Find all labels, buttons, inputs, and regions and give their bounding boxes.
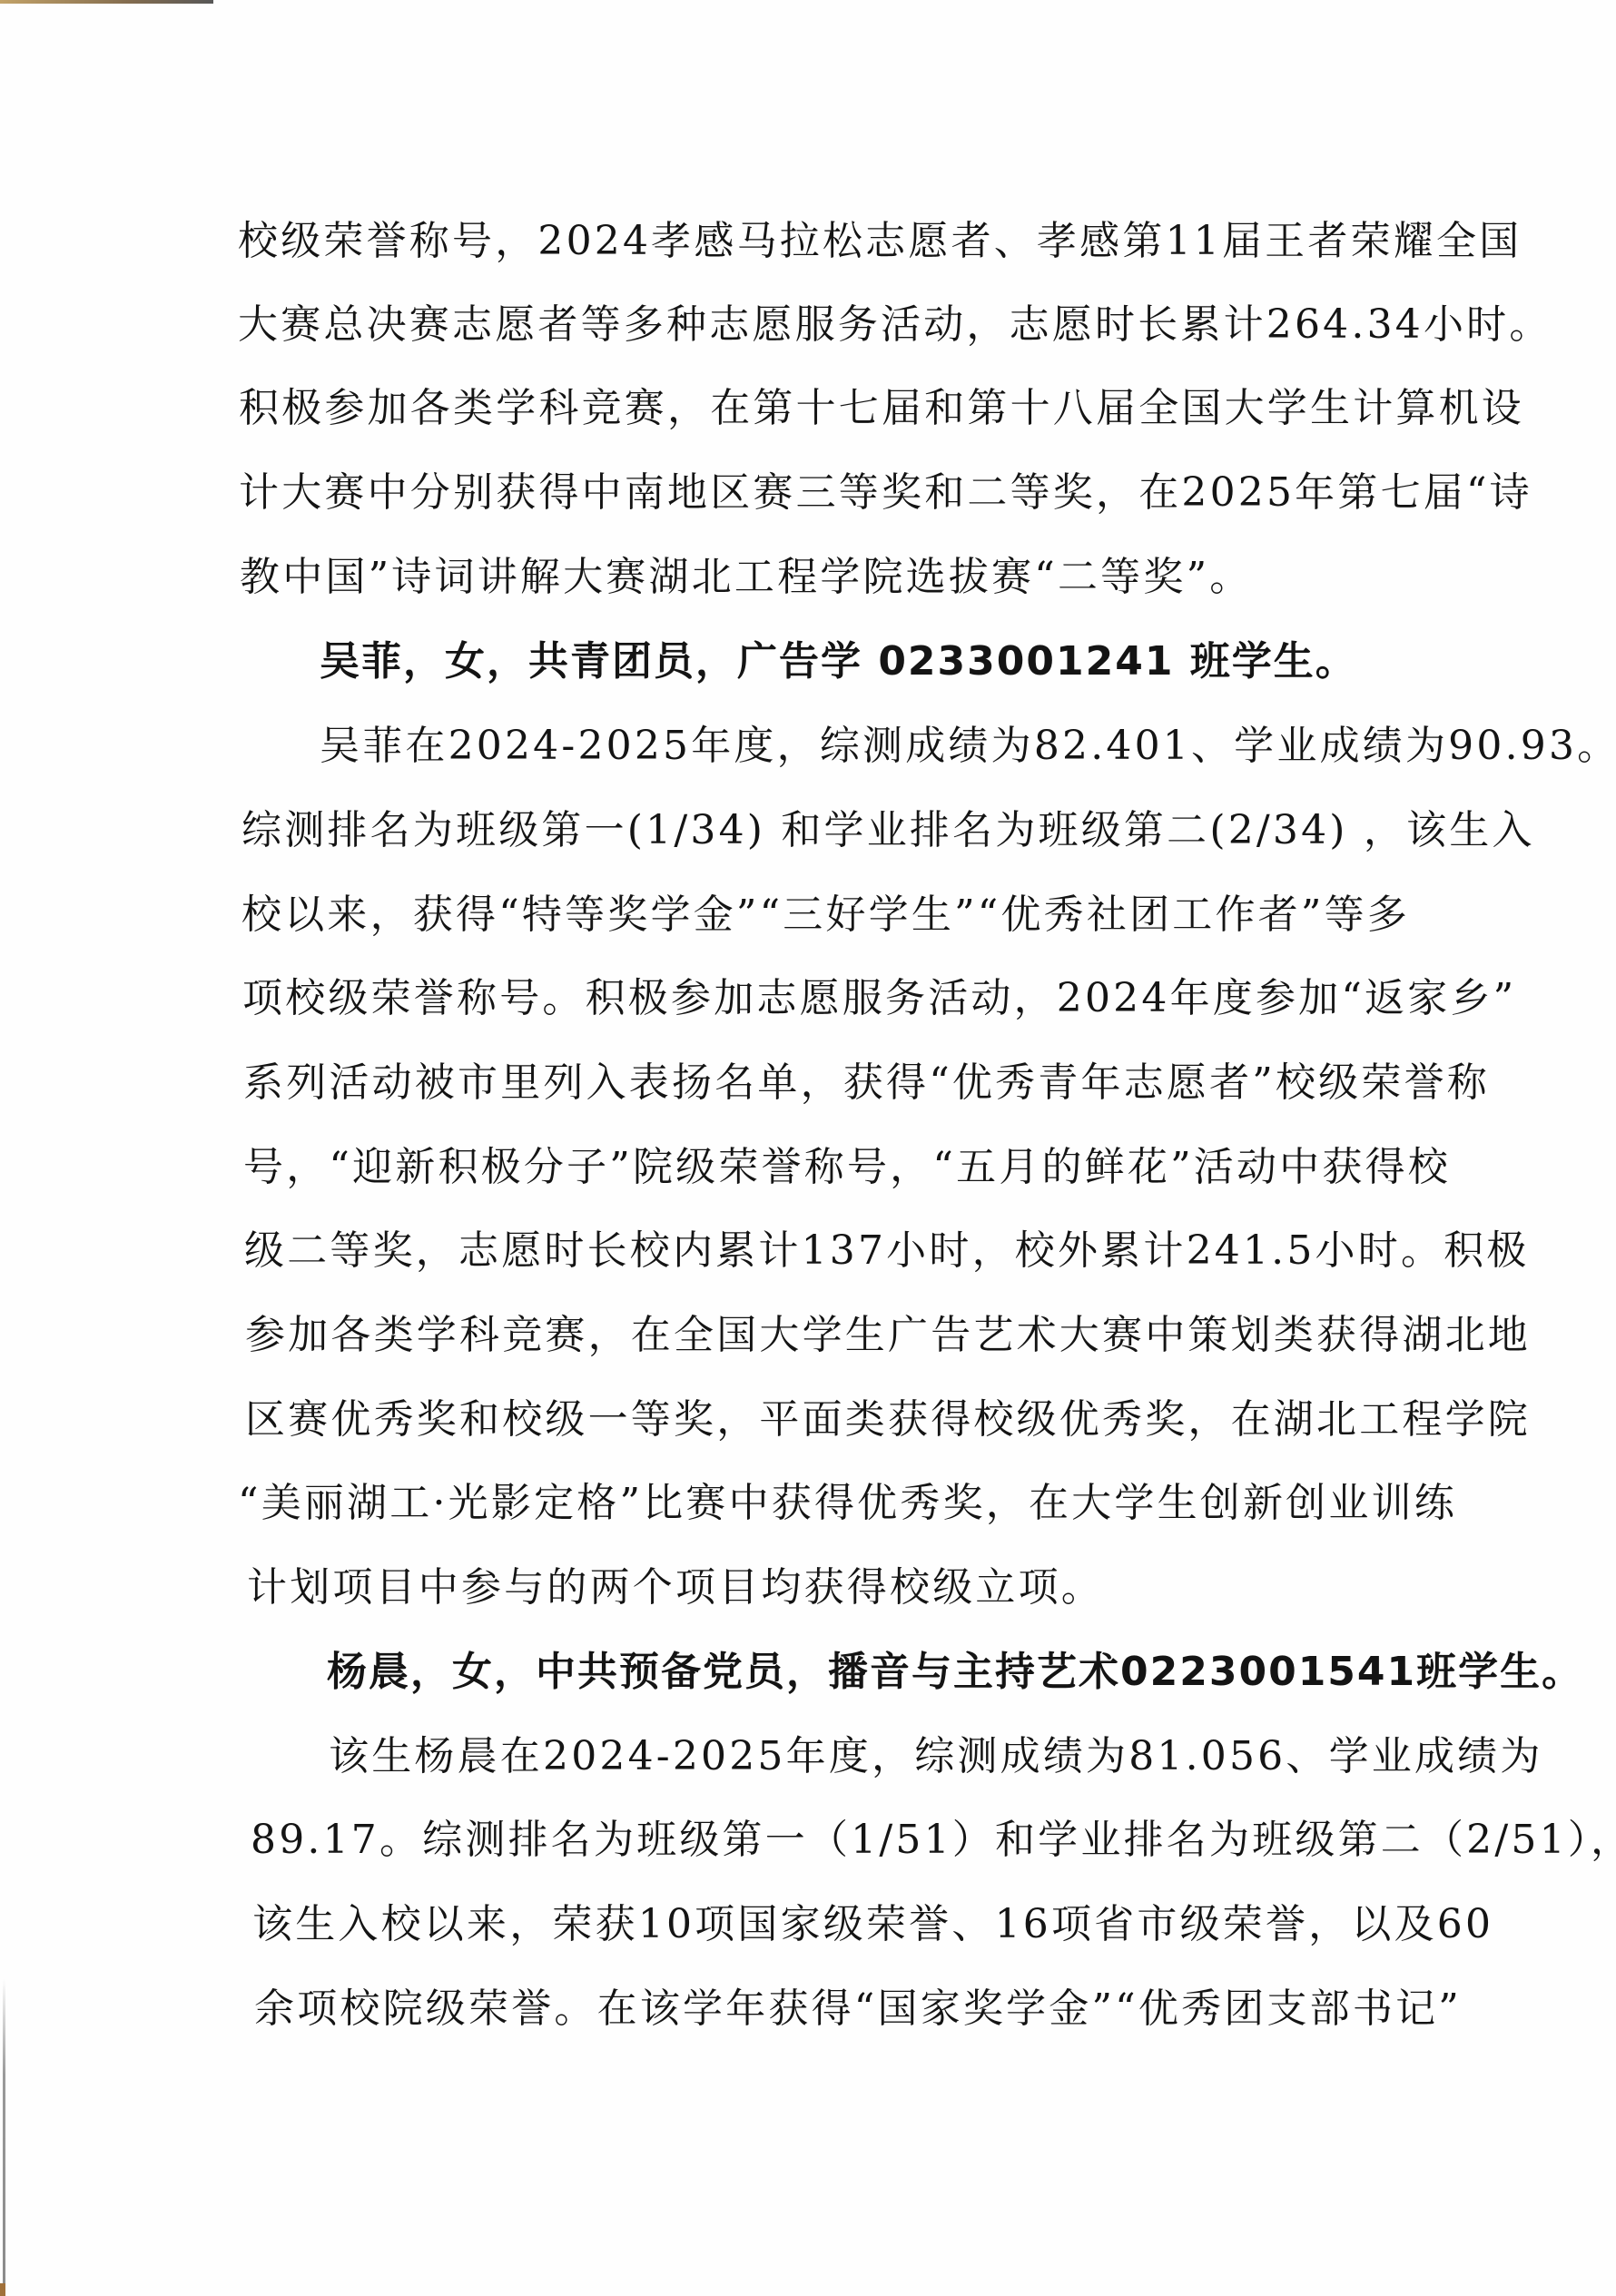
text-line: 校以来，获得“特等奖学金”“三好学生”“优秀社团工作者”等多 [241, 890, 1410, 941]
text-line: 号，“迎新积极分子”院级荣誉称号，“五月的鲜花”活动中获得校 [243, 1142, 1451, 1193]
text-line: 大赛总决赛志愿者等多种志愿服务活动，志愿时长累计264.34小时。 [238, 300, 1552, 350]
text-line: 余项校院级荣誉。在该学年获得“国家奖学金”“优秀团支部书记” [254, 1984, 1462, 2035]
scan-edge-artifact-left [3, 1979, 5, 2296]
text-line: 区赛优秀奖和校级一等奖，平面类获得校级优秀奖，在湖北工程学院 [245, 1394, 1531, 1445]
text-line: “美丽湖工·光影定格”比赛中获得优秀奖，在大学生创新创业训练 [238, 1478, 1457, 1529]
text-line: 参加各类学科竞赛，在全国大学生广告艺术大赛中策划类获得湖北地 [245, 1310, 1531, 1361]
text-line: 该生入校以来，荣获10项国家级荣誉、16项省市级荣誉，以及60 [252, 1899, 1493, 1950]
text-line: 综测排名为班级第一(1/34) 和学业排名为班级第二(2/34) ，该生入 [241, 805, 1535, 856]
text-line: 项校级荣誉称号。积极参加志愿服务活动，2024年度参加“返家乡” [242, 973, 1516, 1024]
scan-edge-artifact-corner [0, 2283, 5, 2296]
student-heading-yang-chen: 杨晨，女，中共预备党员，播音与主持艺术0223001541班学生。 [327, 1647, 1583, 1698]
text-line: 校级荣誉称号，2024孝感马拉松志愿者、孝感第11届王者荣耀全国 [238, 216, 1522, 267]
text-line: 级二等奖，志愿时长校内累计137小时，校外累计241.5小时。积极 [244, 1226, 1530, 1276]
text-line: 教中国”诗词讲解大赛湖北工程学院选拔赛“二等奖”。 [240, 552, 1252, 603]
text-line: 计划项目中参与的两个项目均获得校级立项。 [247, 1562, 1104, 1613]
scanned-document-page: 校级荣誉称号，2024孝感马拉松志愿者、孝感第11届王者荣耀全国 大赛总决赛志愿… [0, 0, 1616, 2296]
text-line: 89.17。综测排名为班级第一（1/51）和学业排名为班级第二（2/51）， [251, 1815, 1616, 1866]
text-line: 系列活动被市里列入表扬名单，获得“优秀青年志愿者”校级荣誉称 [243, 1058, 1490, 1109]
text-line: 计大赛中分别获得中南地区赛三等奖和二等奖，在2025年第七届“诗 [239, 468, 1532, 518]
student-heading-wu-fei: 吴菲，女，共青团员，广告学 0233001241 班学生。 [320, 636, 1357, 687]
text-line: 积极参加各类学科竞赛，在第十七届和第十八届全国大学生计算机设 [239, 383, 1524, 434]
scan-edge-artifact-top [0, 0, 213, 4]
text-line: 该生杨晨在2024-2025年度，综测成绩为81.056、学业成绩为 [329, 1731, 1543, 1782]
text-line: 吴菲在2024-2025年度，综测成绩为82.401、学业成绩为90.93。 [320, 721, 1616, 772]
